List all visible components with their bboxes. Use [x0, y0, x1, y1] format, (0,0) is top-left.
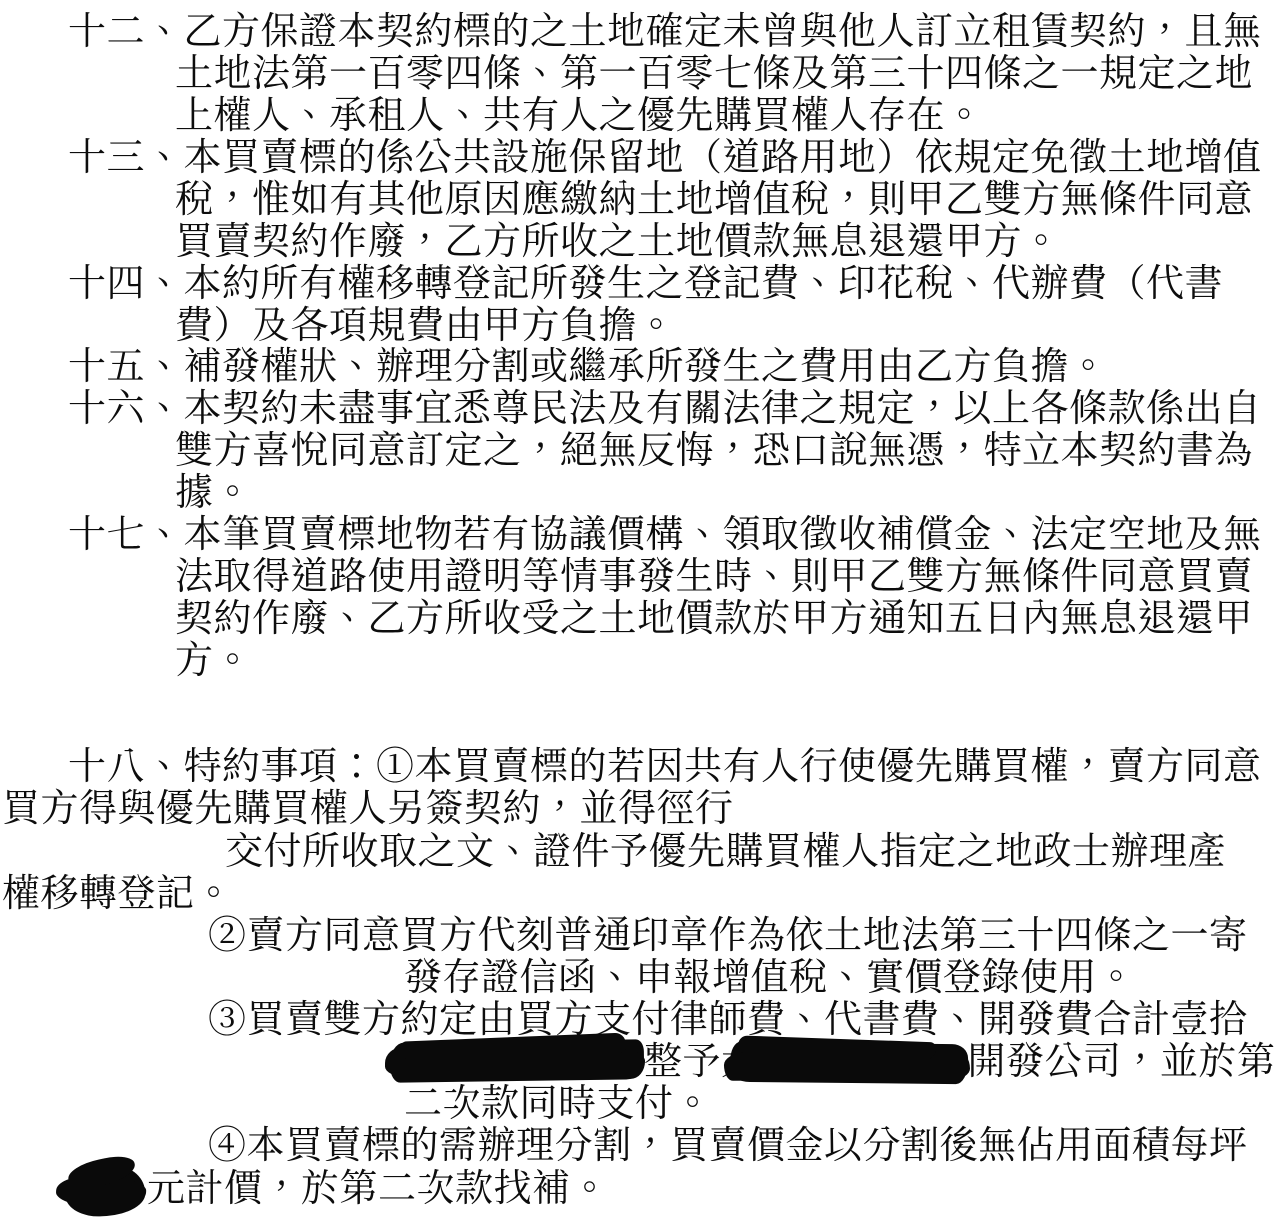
clause-13-line-1: 十三、本買賣標的係公共設施保留地（道路用地）依規定免徵土地增值	[68, 136, 1262, 180]
clause-18-item-3-line-2: 整予大開發公司，並於第	[390, 1040, 1276, 1084]
clause-17-line-3: 契約作廢、乙方所收受之土地價款於甲方通知五日內無息退還甲	[175, 597, 1253, 641]
clause-16-line-2: 雙方喜悅同意訂定之，絕無反悔，恐口說無憑，特立本契約書為	[175, 429, 1253, 473]
clause-17-line-2: 法取得道路使用證明等情事發生時、則甲乙雙方無條件同意買賣	[175, 555, 1253, 599]
clause-18-item-3-line-1: ③買賣雙方約定由買方支付律師費、代書費、開發費合計壹拾	[208, 998, 1248, 1042]
clause-18-item-2-line-2: 發存證信函、申報增值稅、實價登錄使用。	[404, 956, 1136, 1000]
clause-18-line-2: 買方得與優先購買權人另簽契約，並得徑行	[2, 787, 734, 831]
clause-18-line-3: 交付所收取之文、證件予優先購買權人指定之地政士辦理產	[225, 830, 1226, 874]
clause-17-line-1: 十七、本筆買賣標地物若有協議價構、領取徵收補償金、法定空地及無	[68, 513, 1262, 557]
clause-18-item-2-line-1: ②賣方同意買方代刻普通印章作為依土地法第三十四條之一寄	[208, 914, 1248, 958]
clause-18-line-1: 十八、特約事項：①本買賣標的若因共有人行使優先購買權，賣方同意	[68, 745, 1262, 789]
clause-15-line-1: 十五、補發權狀、辦理分割或繼承所發生之費用由乙方負擔。	[68, 345, 1108, 389]
clause-16-line-3: 據。	[175, 471, 252, 515]
clause-text: 整予	[644, 1041, 721, 1083]
clause-18-item-3-line-3: 二次款同時支付。	[404, 1082, 712, 1126]
clause-12-line-3: 上權人、承租人、共有人之優先購買權人存在。	[175, 94, 984, 138]
clause-18-item-4-line-1: ④本買賣標的需辦理分割，買賣價金以分割後無佔用面積每坪	[208, 1124, 1248, 1168]
clause-13-line-3: 買賣契約作廢，乙方所收之土地價款無息退還甲方。	[175, 220, 1061, 264]
redaction-scribble-amount	[390, 1039, 645, 1083]
clause-text: 元計價，於第二次款找補。	[147, 1168, 609, 1210]
clause-12-line-1: 十二、乙方保證本契約標的之土地確定未曾與他人訂立租賃契約，且無	[68, 10, 1262, 54]
clause-18-line-4: 權移轉登記。	[2, 872, 233, 916]
clause-12-line-2: 土地法第一百零四條、第一百零七條及第三十四條之一規定之地	[175, 52, 1253, 96]
clause-18-item-4-line-2: 元計價，於第二次款找補。	[65, 1166, 609, 1216]
redaction-scribble-unit-price	[63, 1163, 146, 1218]
clause-13-line-2: 稅，惟如有其他原因應繳納土地增值稅，則甲乙雙方無條件同意	[175, 178, 1253, 222]
clause-text: 開發公司，並於第	[968, 1041, 1276, 1083]
contract-page: 十二、乙方保證本契約標的之土地確定未曾與他人訂立租賃契約，且無 土地法第一百零四…	[0, 0, 1280, 1219]
clause-17-line-4: 方。	[175, 639, 252, 683]
clause-14-line-2: 費）及各項規費由甲方負擔。	[175, 304, 676, 348]
clause-16-line-1: 十六、本契約未盡事宜悉尊民法及有關法律之規定，以上各條款係出自	[68, 387, 1262, 431]
redaction-scribble-payee	[729, 1042, 967, 1084]
clause-14-line-1: 十四、本約所有權移轉登記所發生之登記費、印花稅、代辦費（代書	[68, 262, 1223, 306]
